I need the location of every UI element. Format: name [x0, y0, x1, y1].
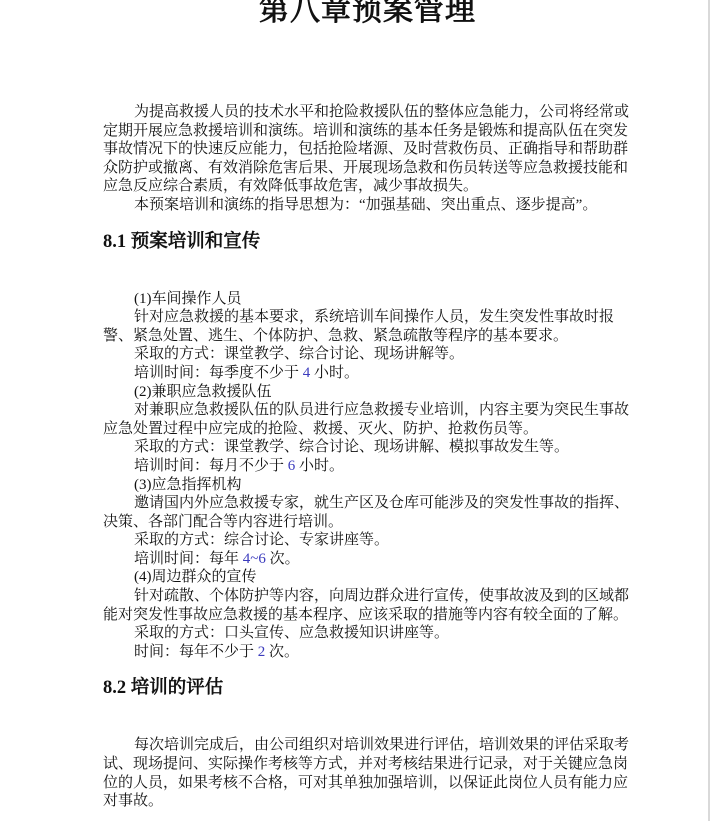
text-run: 为提高救援人员的技术水平和抢险救援队伍的整体应急能力，公司将经常或定期开展应急救…: [103, 104, 629, 194]
number-text: 4~6: [243, 551, 266, 567]
paragraph: 采取的方式：课堂教学、综合讨论、现场讲解等。: [103, 345, 632, 364]
document-content: 第八章预案管理 为提高救援人员的技术水平和抢险救援队伍的整体应急能力，公司将经常…: [103, 0, 632, 811]
paragraph: (1)车间操作人员: [103, 290, 632, 309]
paragraph: 培训时间：每季度不少于 4 小时。: [103, 364, 632, 383]
paragraph: 每次培训完成后，由公司组织对培训效果进行评估，培训效果的评估采取考试、现场提问、…: [103, 736, 632, 810]
paragraph: 为提高救援人员的技术水平和抢险救援队伍的整体应急能力，公司将经常或定期开展应急救…: [103, 103, 632, 196]
text-run: 8.1 预案培训和宣传: [103, 232, 260, 252]
paragraph: 培训时间：每月不少于 6 小时。: [103, 457, 632, 476]
text-run: (1)车间操作人员: [134, 291, 242, 307]
paragraph: 针对应急救援的基本要求，系统培训车间操作人员，发生突发性事故时报警、紧急处置、逃…: [103, 308, 632, 345]
page-edge-line: [708, 0, 710, 821]
paragraph: (3)应急指挥机构: [103, 476, 632, 495]
paragraph: (2)兼职应急救援队伍: [103, 383, 632, 402]
paragraph: 本预案培训和演练的指导思想为：“加强基础、突出重点、逐步提高”。: [103, 196, 632, 215]
text-run: (4)周边群众的宣传: [134, 569, 257, 585]
paragraph: 对兼职应急救援队伍的队员进行应急救援专业培训，内容主要为突民生事故应急处置过程中…: [103, 401, 632, 438]
text-run: 对兼职应急救援队伍的队员进行应急救援专业培训，内容主要为突民生事故应急处置过程中…: [103, 402, 629, 437]
paragraph: 采取的方式：课堂教学、综合讨论、现场讲解、模拟事故发生等。: [103, 438, 632, 457]
text-run: 采取的方式：课堂教学、综合讨论、现场讲解等。: [134, 346, 464, 362]
text-run: 邀请国内外应急救援专家，就生产区及仓库可能涉及的突发性事故的指挥、决策、各部门配…: [103, 495, 629, 530]
text-run: 采取的方式：口头宣传、应急救援知识讲座等。: [134, 625, 449, 641]
text-run: 针对疏散、个体防护等内容，向周边群众进行宣传，使事故波及到的区域都能对突发性事故…: [103, 588, 629, 623]
paragraph: (4)周边群众的宣传: [103, 568, 632, 587]
paragraph: 采取的方式：综合讨论、专家讲座等。: [103, 531, 632, 550]
document-page: 第八章预案管理 为提高救援人员的技术水平和抢险救援队伍的整体应急能力，公司将经常…: [0, 0, 713, 821]
text-run: 时间：每年不少于: [134, 644, 258, 660]
text-run: 培训时间：每月不少于: [134, 458, 288, 474]
text-run: 培训时间：每年: [134, 551, 243, 567]
page-title: 第八章预案管理: [103, 0, 632, 29]
text-run: 培训时间：每季度不少于: [134, 365, 303, 381]
text-run: 采取的方式：综合讨论、专家讲座等。: [134, 532, 389, 548]
document-blocks: 为提高救援人员的技术水平和抢险救援队伍的整体应急能力，公司将经常或定期开展应急救…: [103, 103, 632, 811]
text-run: 8.2 培训的评估: [103, 678, 223, 698]
text-run: 小时。: [310, 365, 359, 381]
text-run: (2)兼职应急救援队伍: [134, 384, 272, 400]
text-run: 次。: [266, 551, 300, 567]
section-heading: 8.2 培训的评估: [103, 678, 632, 699]
paragraph: 采取的方式：口头宣传、应急救援知识讲座等。: [103, 624, 632, 643]
text-run: 针对应急救援的基本要求，系统培训车间操作人员，发生突发性事故时报警、紧急处置、逃…: [103, 309, 614, 344]
text-run: 本预案培训和演练的指导思想为：“加强基础、突出重点、逐步提高”。: [134, 197, 597, 213]
text-run: 次。: [265, 644, 299, 660]
text-run: (3)应急指挥机构: [134, 477, 242, 493]
paragraph: 培训时间：每年 4~6 次。: [103, 550, 632, 569]
paragraph: 邀请国内外应急救援专家，就生产区及仓库可能涉及的突发性事故的指挥、决策、各部门配…: [103, 494, 632, 531]
text-run: 每次培训完成后，由公司组织对培训效果进行评估，培训效果的评估采取考试、现场提问、…: [103, 737, 629, 809]
paragraph: 针对疏散、个体防护等内容，向周边群众进行宣传，使事故波及到的区域都能对突发性事故…: [103, 587, 632, 624]
text-run: 小时。: [295, 458, 344, 474]
section-heading: 8.1 预案培训和宣传: [103, 232, 632, 253]
paragraph: 时间：每年不少于 2 次。: [103, 643, 632, 662]
text-run: 采取的方式：课堂教学、综合讨论、现场讲解、模拟事故发生等。: [134, 439, 569, 455]
